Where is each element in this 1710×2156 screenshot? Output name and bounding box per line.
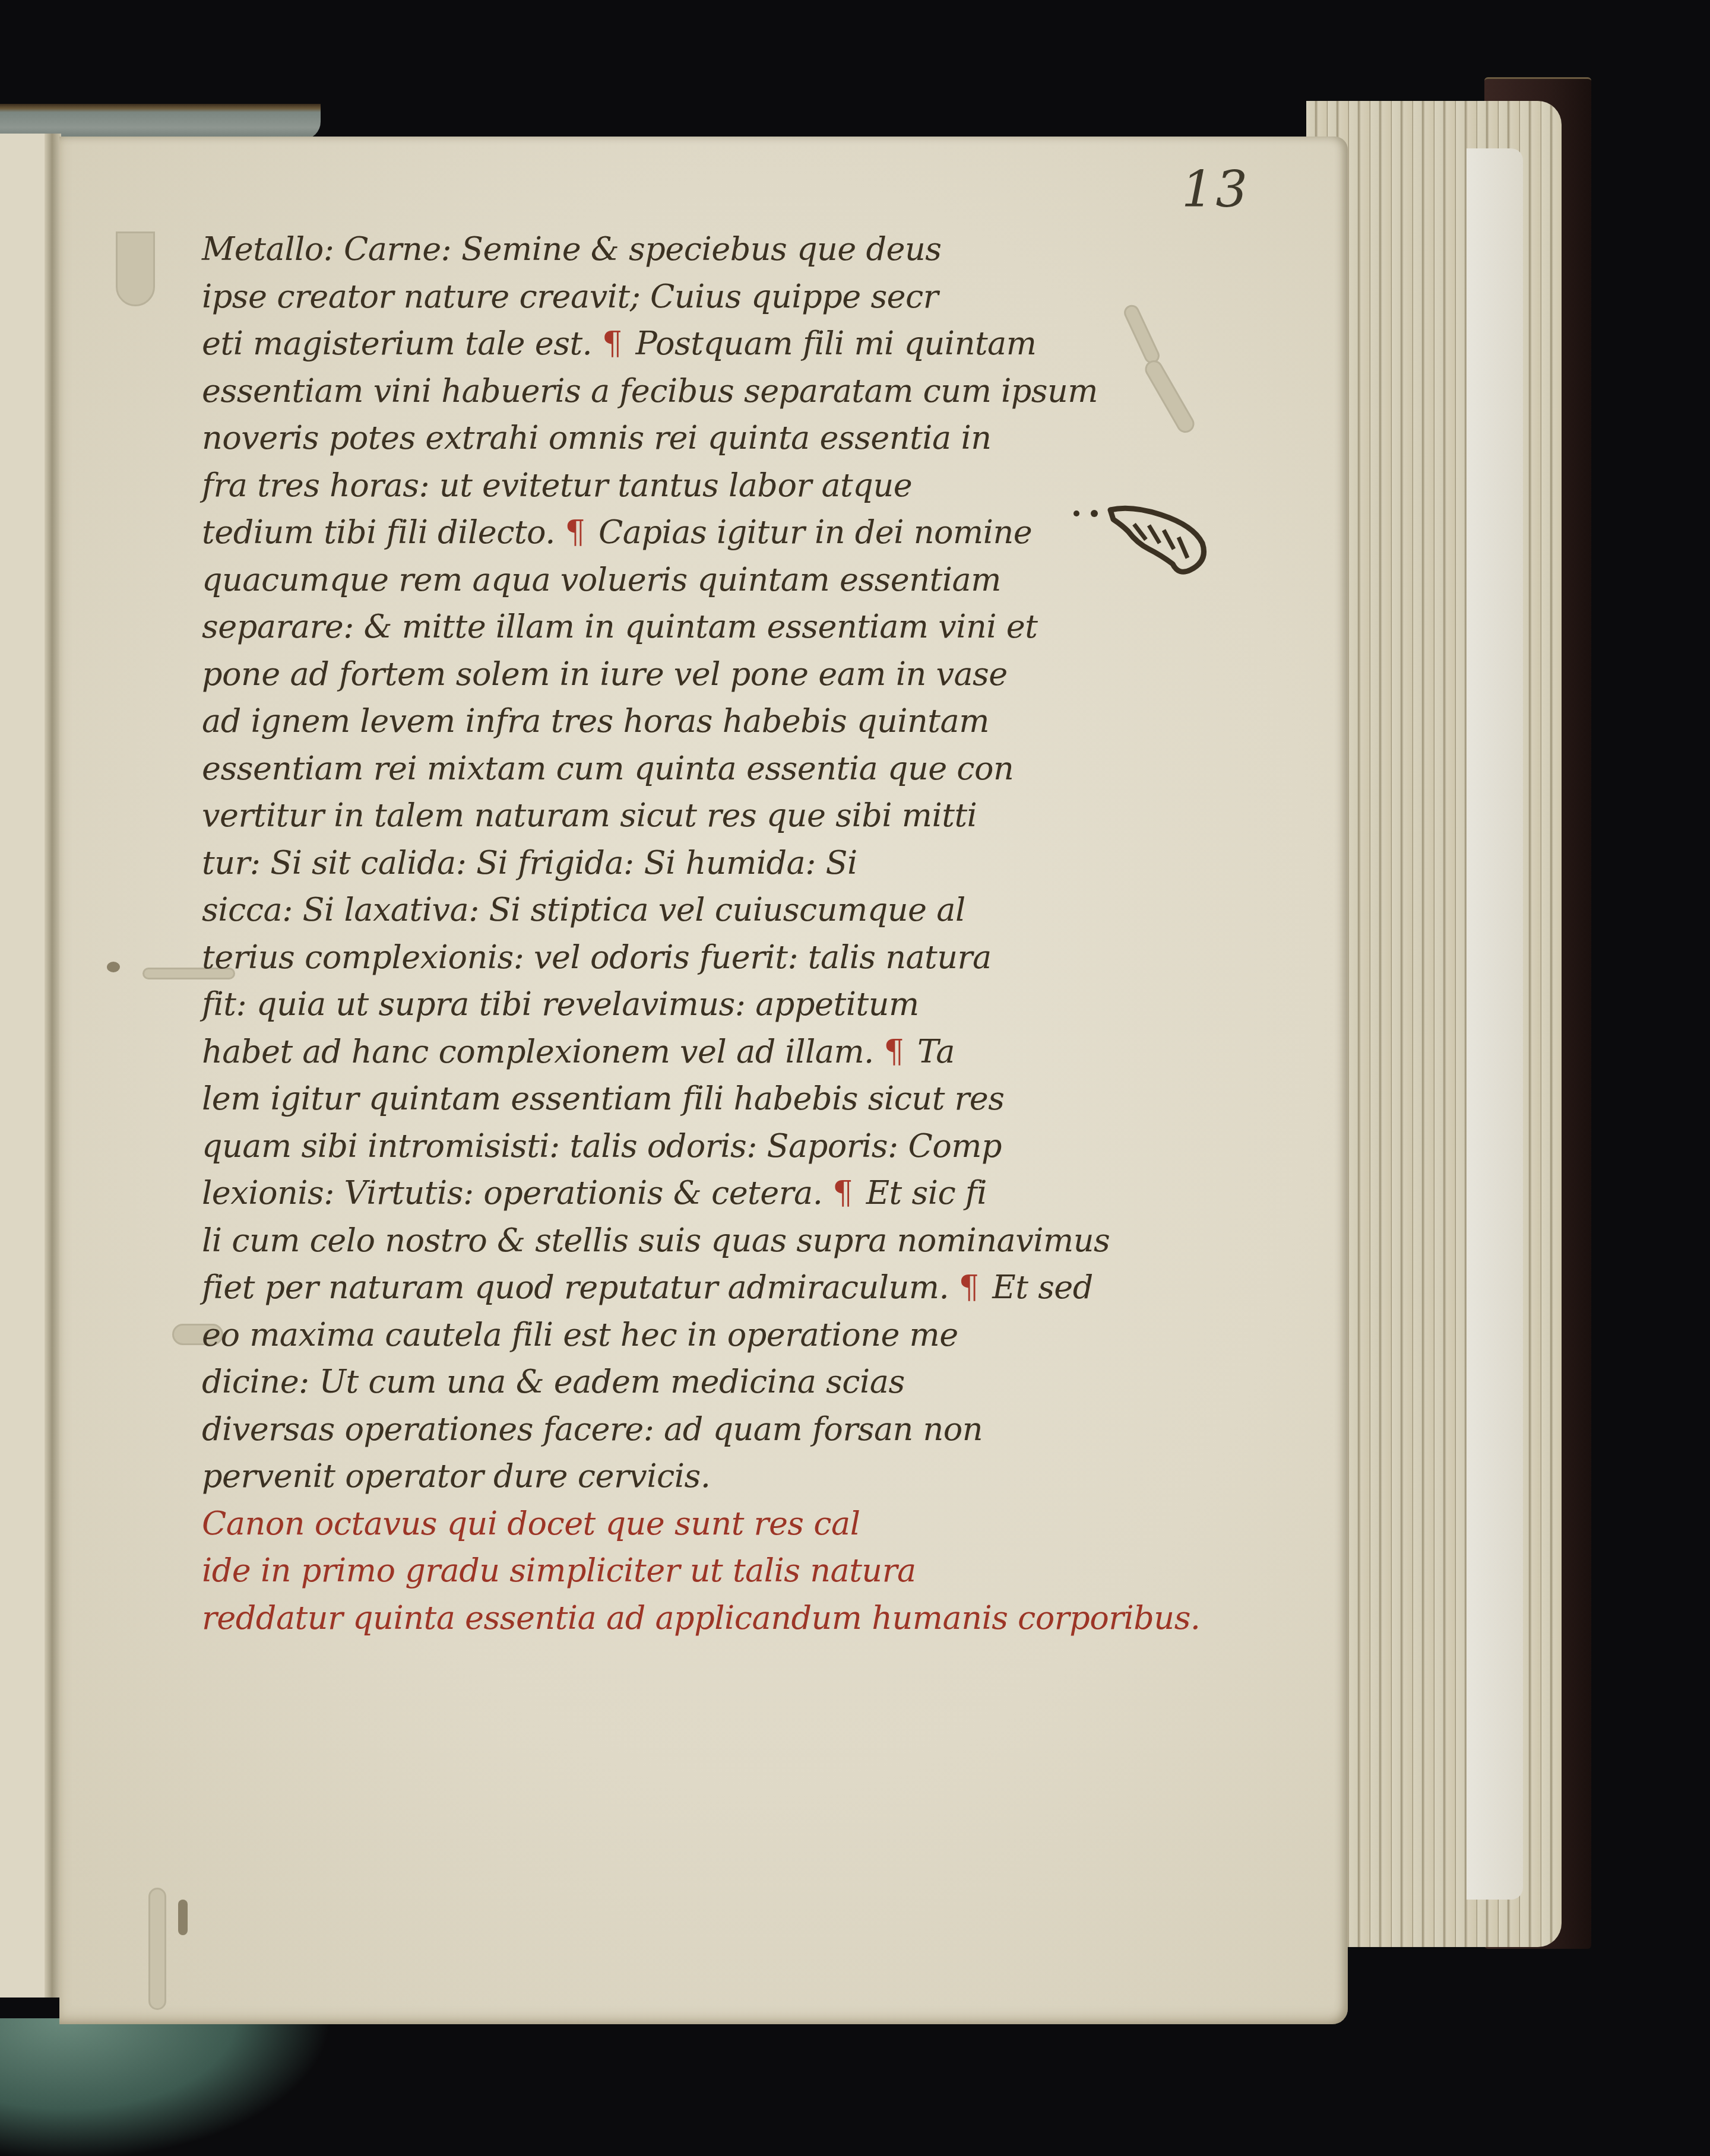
text-line: eti magisterium tale est. ¶ Postquam fil…: [202, 320, 1063, 367]
pilcrow-mark: ¶: [959, 1269, 979, 1306]
manicule-icon: [1066, 502, 1214, 579]
text-line: fra tres horas: ut evitetur tantus labor…: [202, 462, 1063, 509]
manuscript-text-block: Metallo: Carne: Semine & speciebus que d…: [202, 226, 1063, 1641]
wormhole-damage: [116, 232, 155, 306]
text-line: quam sibi intromisisti: talis odoris: Sa…: [202, 1123, 1063, 1170]
pilcrow-mark: ¶: [832, 1174, 853, 1212]
text-line: habet ad hanc complexionem vel ad illam.…: [202, 1028, 1063, 1076]
text-line: diversas operationes facere: ad quam for…: [202, 1406, 1063, 1453]
book-gutter: [45, 134, 61, 1998]
text-line: Metallo: Carne: Semine & speciebus que d…: [202, 226, 1063, 273]
text-line: fit: quia ut supra tibi revelavimus: app…: [202, 981, 1063, 1028]
folio-number: 13: [1182, 160, 1250, 218]
text-line: ipse creator nature creavit; Cuius quipp…: [202, 273, 1063, 321]
text-line: lem igitur quintam essentiam fili habebi…: [202, 1075, 1063, 1123]
text-line: dicine: Ut cum una & eadem medicina scia…: [202, 1358, 1063, 1406]
text-line: noveris potes extrahi omnis rei quinta e…: [202, 414, 1063, 462]
text-line: separare: & mitte illam in quintam essen…: [202, 603, 1063, 651]
text-line: quacumque rem aqua volueris quintam esse…: [202, 556, 1063, 604]
text-line: pervenit operator dure cervicis.: [202, 1453, 1063, 1500]
wormhole-damage: [1142, 357, 1198, 436]
text-line: ad ignem levem infra tres horas habebis …: [202, 697, 1063, 745]
text-line: sicca: Si laxativa: Si stiptica vel cuiu…: [202, 886, 1063, 934]
wormhole-damage: [148, 1888, 166, 2010]
spine-hole: [107, 962, 120, 972]
rubric-heading-line: ide in primo gradu simpliciter ut talis …: [202, 1547, 1063, 1594]
text-line: tedium tibi fili dilecto. ¶ Capias igitu…: [202, 509, 1063, 556]
text-line: essentiam vini habueris a fecibus separa…: [202, 367, 1063, 415]
text-line: fiet per naturam quod reputatur admiracu…: [202, 1264, 1063, 1311]
binding-fabric-bottom: [0, 2018, 332, 2156]
pilcrow-mark: ¶: [565, 513, 585, 551]
text-line: tur: Si sit calida: Si frigida: Si humid…: [202, 839, 1063, 887]
text-line: li cum celo nostro & stellis suis quas s…: [202, 1217, 1063, 1264]
text-line: lexionis: Virtutis: operationis & cetera…: [202, 1169, 1063, 1217]
rubric-heading-line: reddatur quinta essentia ad applicandum …: [202, 1594, 1063, 1642]
text-line: essentiam rei mixtam cum quinta essentia…: [202, 745, 1063, 792]
text-line: terius complexionis: vel odoris fuerit: …: [202, 934, 1063, 981]
text-line: eo maxima cautela fili est hec in operat…: [202, 1311, 1063, 1359]
pilcrow-mark: ¶: [883, 1033, 904, 1070]
wormhole-damage: [1122, 302, 1162, 366]
rubric-heading-line: Canon octavus qui docet que sunt res cal: [202, 1500, 1063, 1548]
endleaf-edge: [1467, 148, 1523, 1900]
spine-hole: [178, 1900, 188, 1935]
pilcrow-mark: ¶: [602, 325, 622, 362]
text-line: vertitur in talem naturam sicut res que …: [202, 792, 1063, 839]
text-line: pone ad fortem solem in iure vel pone ea…: [202, 651, 1063, 698]
